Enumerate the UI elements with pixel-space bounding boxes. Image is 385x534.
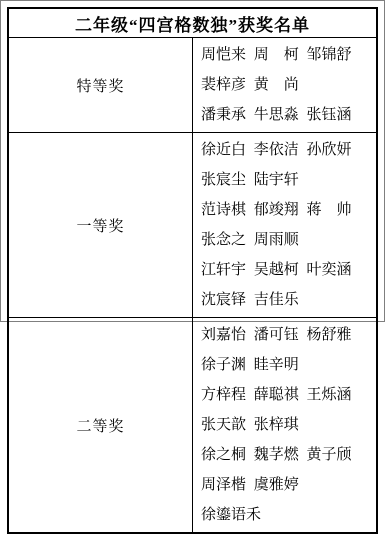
award-row-first-prize: 一等奖 徐近白 李依洁 孙欣妍 张宸尘 陆宇轩 范诗棋 郁竣翔 蒋 帅 张念之 …: [8, 133, 377, 318]
names-line: 刘嘉怡 潘可钰 杨舒雅 徐子渊 眭辛明: [201, 320, 372, 380]
names-line: 方梓程 薛聪祺 王烁涵 张天歆 张梓琪: [201, 380, 372, 440]
award-label-first-prize: 一等奖: [8, 133, 193, 318]
award-names-second-prize: 刘嘉怡 潘可钰 杨舒雅 徐子渊 眭辛明 方梓程 薛聪祺 王烁涵 张天歆 张梓琪 …: [193, 318, 378, 534]
award-table: 二年级“四宫格数独”获奖名单 特等奖 周恺来 周 柯 邹锦舒 裴梓彦 黄 尚 潘…: [7, 7, 378, 534]
names-line: 徐鎏语禾: [201, 500, 372, 530]
title-row: 二年级“四宫格数独”获奖名单: [8, 8, 377, 38]
award-label-special-prize: 特等奖: [8, 38, 193, 133]
names-line: 周恺来 周 柯 邹锦舒 裴梓彦 黄 尚: [201, 40, 372, 100]
names-line: 徐近白 李依洁 孙欣妍 张宸尘 陆宇轩: [201, 135, 372, 195]
award-row-second-prize: 二等奖 刘嘉怡 潘可钰 杨舒雅 徐子渊 眭辛明 方梓程 薛聪祺 王烁涵 张天歆 …: [8, 318, 377, 534]
award-row-special-prize: 特等奖 周恺来 周 柯 邹锦舒 裴梓彦 黄 尚 潘秉承 牛思淼 张钰涵: [8, 38, 377, 133]
names-line: 范诗棋 郁竣翔 蒋 帅 张念之 周雨顺: [201, 195, 372, 255]
names-line: 潘秉承 牛思淼 张钰涵: [201, 100, 372, 130]
award-names-first-prize: 徐近白 李依洁 孙欣妍 张宸尘 陆宇轩 范诗棋 郁竣翔 蒋 帅 张念之 周雨顺 …: [193, 133, 378, 318]
award-names-special-prize: 周恺来 周 柯 邹锦舒 裴梓彦 黄 尚 潘秉承 牛思淼 张钰涵: [193, 38, 378, 133]
award-label-second-prize: 二等奖: [8, 318, 193, 534]
page: 二年级“四宫格数独”获奖名单 特等奖 周恺来 周 柯 邹锦舒 裴梓彦 黄 尚 潘…: [0, 0, 385, 322]
table-title: 二年级“四宫格数独”获奖名单: [8, 8, 377, 38]
names-line: 江轩宇 吴越柯 叶奕涵 沈宸铎 吉佳乐: [201, 255, 372, 315]
names-line: 徐之桐 魏芓燃 黄子颀 周泽楷 虞雅婷: [201, 440, 372, 500]
